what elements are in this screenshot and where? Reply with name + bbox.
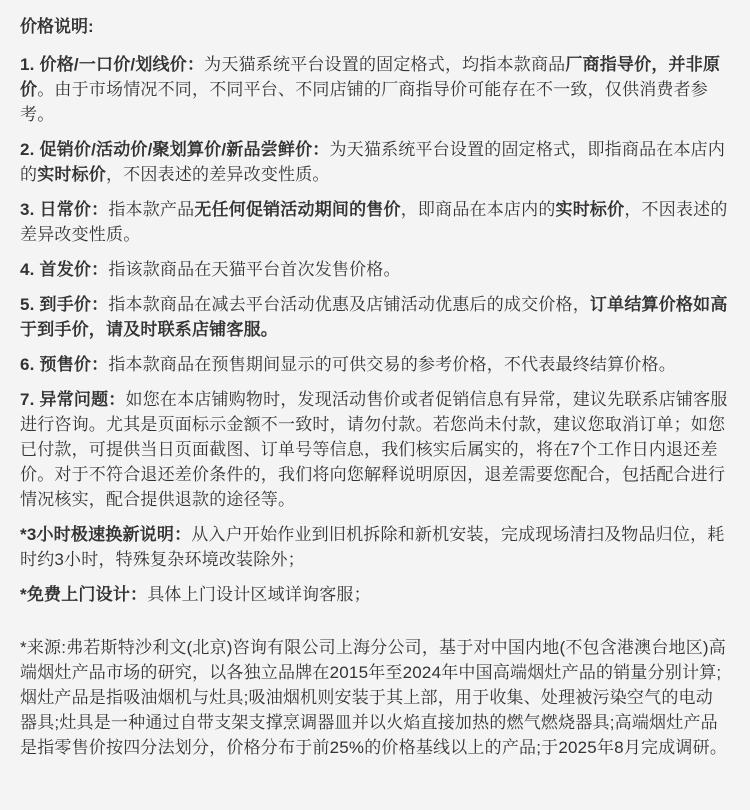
- text-segment: 如您在本店铺购物时，发现活动售价或者促销信息有异常，建议先联系店铺客服进行咨询。…: [20, 390, 728, 509]
- text-segment: 具体上门设计区域详询客服；: [147, 585, 371, 604]
- price-item-6-presale-price: 6. 预售价：指本款商品在预售期间显示的可供交易的参考价格，不代表最终结算价格。: [20, 352, 730, 377]
- text-segment: 指本款产品: [108, 200, 194, 219]
- price-item-4-launch-price: 4. 首发价：指该款商品在天猫平台首次发售价格。: [20, 257, 730, 282]
- bold-text-segment: 实时标价: [556, 200, 625, 219]
- text-segment: 为天猫系统平台设置的固定格式，均指本款商品: [204, 55, 565, 74]
- note-data-source: *来源:弗若斯特沙利文(北京)咨询有限公司上海分公司，基于对中国内地(不包含港澳…: [20, 635, 730, 760]
- text-segment: 。由于市场情况不同，不同平台、不同店铺的厂商指导价可能存在不一致，仅供消费者参考…: [20, 80, 708, 124]
- bold-text-segment: 4. 首发价：: [20, 260, 108, 279]
- bold-text-segment: 2. 促销价/活动价/聚划算价/新品尝鲜价：: [20, 140, 329, 159]
- price-item-7-abnormal-issues: 7. 异常问题：如您在本店铺购物时，发现活动售价或者促销信息有异常，建议先联系店…: [20, 387, 730, 512]
- bold-text-segment: 实时标价: [37, 165, 106, 184]
- text-segment: ，不因表述的差异改变性质。: [106, 165, 330, 184]
- paragraph-list: 1. 价格/一口价/划线价：为天猫系统平台设置的固定格式，均指本款商品厂商指导价…: [20, 52, 730, 760]
- price-item-2-promo-price: 2. 促销价/活动价/聚划算价/新品尝鲜价：为天猫系统平台设置的固定格式，即指商…: [20, 137, 730, 187]
- text-segment: *来源:弗若斯特沙利文(北京)咨询有限公司上海分公司，基于对中国内地(不包含港澳…: [20, 638, 727, 757]
- text-segment: 指该款商品在天猫平台首次发售价格。: [108, 260, 400, 279]
- bold-text-segment: 6. 预售价：: [20, 355, 108, 374]
- bold-text-segment: 无任何促销活动期间的售价: [194, 200, 400, 219]
- text-segment: ，即商品在本店内的: [401, 200, 556, 219]
- price-item-1-list-price: 1. 价格/一口价/划线价：为天猫系统平台设置的固定格式，均指本款商品厂商指导价…: [20, 52, 730, 127]
- price-item-3-daily-price: 3. 日常价：指本款产品无任何促销活动期间的售价，即商品在本店内的实时标价，不因…: [20, 197, 730, 247]
- bold-text-segment: *免费上门设计：: [20, 585, 147, 604]
- bold-text-segment: 1. 价格/一口价/划线价：: [20, 55, 204, 74]
- bold-text-segment: *3小时极速换新说明：: [20, 525, 191, 544]
- note-3hour-replacement: *3小时极速换新说明：从入户开始作业到旧机拆除和新机安装，完成现场清扫及物品归位…: [20, 522, 730, 572]
- bold-text-segment: 7. 异常问题：: [20, 390, 126, 409]
- page-title: 价格说明:: [20, 14, 730, 39]
- price-item-5-final-price: 5. 到手价：指本款商品在减去平台活动优惠及店铺活动优惠后的成交价格，订单结算价…: [20, 292, 730, 342]
- note-free-design: *免费上门设计：具体上门设计区域详询客服；: [20, 582, 730, 607]
- bold-text-segment: 5. 到手价：: [20, 295, 108, 314]
- text-segment: 指本款商品在预售期间显示的可供交易的参考价格，不代表最终结算价格。: [108, 355, 676, 374]
- price-explanation-document: 价格说明: 1. 价格/一口价/划线价：为天猫系统平台设置的固定格式，均指本款商…: [0, 0, 750, 776]
- text-segment: 指本款商品在减去平台活动优惠及店铺活动优惠后的成交价格，: [108, 295, 590, 314]
- bold-text-segment: 3. 日常价：: [20, 200, 108, 219]
